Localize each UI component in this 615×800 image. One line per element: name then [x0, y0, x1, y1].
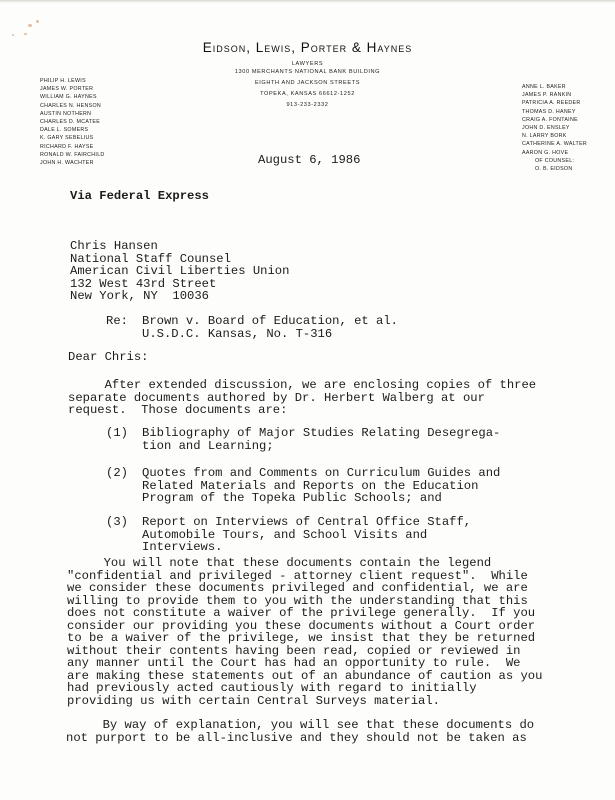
list-item: Report on Interviews of Central Office S…: [142, 516, 471, 554]
partner-name: DALE L. SOMERS: [40, 126, 105, 134]
partner-name: JOHN D. ENSLEY: [522, 124, 587, 132]
text-line: does not constitute a waiver of the priv…: [67, 607, 542, 620]
stain-mark: [36, 20, 39, 23]
partner-name: RONALD W. FAIRCHILD: [40, 151, 105, 159]
partner-name: CRAIG A. FONTAINE: [522, 116, 587, 124]
list-item-line: Quotes from and Comments on Curriculum G…: [142, 467, 500, 480]
paragraph-3: By way of explanation, you will see that…: [66, 719, 534, 744]
recipient-address: Chris HansenNational Staff CounselAmeric…: [70, 240, 289, 303]
re-line: U.S.D.C. Kansas, No. T-316: [142, 328, 398, 341]
partner-name: K. GARY SEBELIUS: [40, 134, 105, 142]
paragraph-1: After extended discussion, we are enclos…: [68, 379, 536, 417]
of-counsel-name: O. B. EIDSON: [535, 165, 572, 173]
partner-name: THOMAS D. HANEY: [522, 108, 587, 116]
list-item-number: (2): [106, 467, 128, 480]
recipient-line: Chris Hansen: [70, 240, 289, 253]
partner-name: PATRICIA A. REEDER: [522, 99, 587, 107]
partners-list-right: ANNE L. BAKERJAMES P. RANKINPATRICIA A. …: [522, 83, 587, 157]
partner-name: N. LARRY BORK: [522, 132, 587, 140]
partner-name: JAMES W. PORTER: [40, 85, 105, 93]
address-line-1: 1300 MERCHANTS NATIONAL BANK BUILDING: [0, 69, 615, 75]
partner-name: RICHARD F. HAYSE: [40, 143, 105, 151]
list-item-line: Interviews.: [142, 541, 471, 554]
salutation: Dear Chris:: [68, 351, 148, 364]
text-line: any manner until the Court has had an op…: [67, 657, 542, 670]
list-item-number: (1): [106, 427, 128, 440]
partner-name: PHILIP H. LEWIS: [40, 77, 105, 85]
recipient-line: American Civil Liberties Union: [70, 265, 289, 278]
list-item-number: (3): [106, 516, 128, 529]
text-line: request. Those documents are:: [68, 404, 536, 417]
partner-name: CHARLES N. HENSON: [40, 102, 105, 110]
partner-name: CHARLES D. MCATEE: [40, 118, 105, 126]
delivery-method: Via Federal Express: [70, 190, 209, 203]
text-line: By way of explanation, you will see that…: [66, 719, 534, 732]
letter-page: Eidson, Lewis, Porter & Haynes LAWYERS 1…: [0, 0, 615, 800]
text-line: After extended discussion, we are enclos…: [68, 379, 536, 392]
partner-name: ANNE L. BAKER: [522, 83, 587, 91]
of-counsel-label: OF COUNSEL:: [535, 157, 574, 165]
list-item: Quotes from and Comments on Curriculum G…: [142, 467, 500, 505]
partner-name: CATHERINE A. WALTER: [522, 140, 587, 148]
re-line: Brown v. Board of Education, et al.: [142, 315, 398, 328]
re-subject: Brown v. Board of Education, et al.U.S.D…: [142, 315, 398, 340]
list-item-line: Bibliography of Major Studies Relating D…: [142, 427, 500, 440]
letter-date: August 6, 1986: [258, 154, 360, 167]
partner-name: JAMES P. RANKIN: [522, 91, 587, 99]
text-line: providing us with certain Central Survey…: [67, 695, 542, 708]
partner-name: JOHN H. WACHTER: [40, 159, 105, 167]
partner-name: WILLIAM G. HAYNES: [40, 93, 105, 101]
stain-mark: [24, 33, 27, 35]
text-line: You will note that these documents conta…: [67, 557, 542, 570]
list-item-line: Program of the Topeka Public Schools; an…: [142, 492, 500, 505]
list-item-line: Report on Interviews of Central Office S…: [142, 516, 471, 529]
text-line: had previously acted cautiously with reg…: [67, 682, 542, 695]
partners-list-left: PHILIP H. LEWISJAMES W. PORTERWILLIAM G.…: [40, 77, 105, 167]
partner-name: AUSTIN NOTHERN: [40, 110, 105, 118]
stain-mark: [12, 34, 14, 36]
recipient-line: New York, NY 10036: [70, 290, 289, 303]
text-line: not purport to be all-inclusive and they…: [66, 732, 534, 745]
stain-mark: [28, 24, 32, 27]
text-line: to be a waiver of the privilege, we insi…: [67, 632, 542, 645]
paragraph-2: You will note that these documents conta…: [67, 557, 542, 707]
firm-subtitle: LAWYERS: [0, 61, 615, 67]
page-edge: [0, 0, 615, 3]
text-line: we consider these documents privileged a…: [67, 582, 542, 595]
list-item: Bibliography of Major Studies Relating D…: [142, 427, 500, 452]
firm-name: Eidson, Lewis, Porter & Haynes: [0, 40, 615, 55]
list-item-line: tion and Learning;: [142, 440, 500, 453]
partner-name: AARON G. HOVE: [522, 149, 587, 157]
re-label: Re:: [106, 315, 128, 328]
